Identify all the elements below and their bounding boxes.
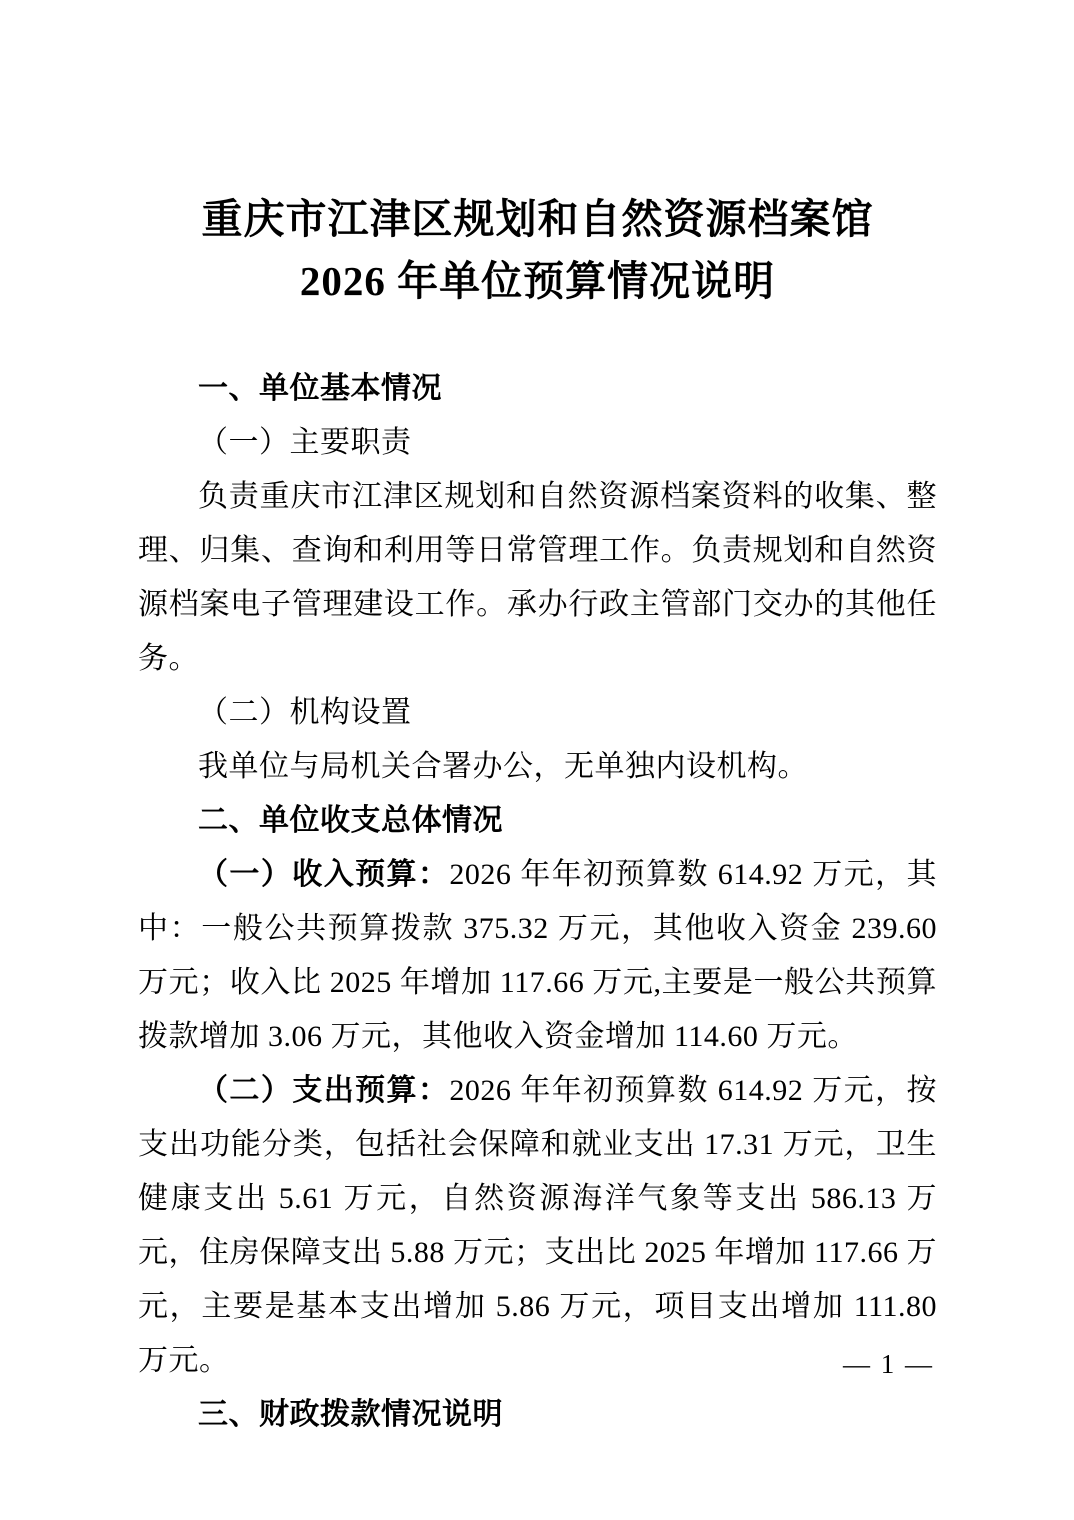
document-body: 一、单位基本情况 （一）主要职责 负责重庆市江津区规划和自然资源档案资料的收集、… <box>138 362 937 1442</box>
expenditure-budget-lead: （二）支出预算： <box>198 1074 449 1107</box>
page-number: — 1 — <box>843 1348 934 1380</box>
paragraph-duties: 负责重庆市江津区规划和自然资源档案资料的收集、整理、归集、查询和利用等日常管理工… <box>138 470 937 686</box>
section-heading-1: 一、单位基本情况 <box>138 362 937 416</box>
section-heading-3: 三、财政拨款情况说明 <box>138 1388 937 1442</box>
paragraph-expenditure-budget: （二）支出预算：2026 年年初预算数 614.92 万元，按支出功能分类，包括… <box>138 1064 937 1388</box>
document-title: 重庆市江津区规划和自然资源档案馆 2026 年单位预算情况说明 <box>138 188 937 312</box>
subsection-heading-duties: （一）主要职责 <box>138 416 937 470</box>
income-budget-lead: （一）收入预算： <box>198 858 449 891</box>
paragraph-structure: 我单位与局机关合署办公，无单独内设机构。 <box>138 740 937 794</box>
paragraph-income-budget: （一）收入预算：2026 年年初预算数 614.92 万元，其中：一般公共预算拨… <box>138 848 937 1064</box>
title-line-1: 重庆市江津区规划和自然资源档案馆 <box>138 188 937 250</box>
document-page: 重庆市江津区规划和自然资源档案馆 2026 年单位预算情况说明 一、单位基本情况… <box>0 0 1074 1520</box>
title-line-2: 2026 年单位预算情况说明 <box>138 250 937 312</box>
section-heading-2: 二、单位收支总体情况 <box>138 794 937 848</box>
expenditure-budget-text: 2026 年年初预算数 614.92 万元，按支出功能分类，包括社会保障和就业支… <box>138 1074 937 1377</box>
subsection-heading-structure: （二）机构设置 <box>138 686 937 740</box>
